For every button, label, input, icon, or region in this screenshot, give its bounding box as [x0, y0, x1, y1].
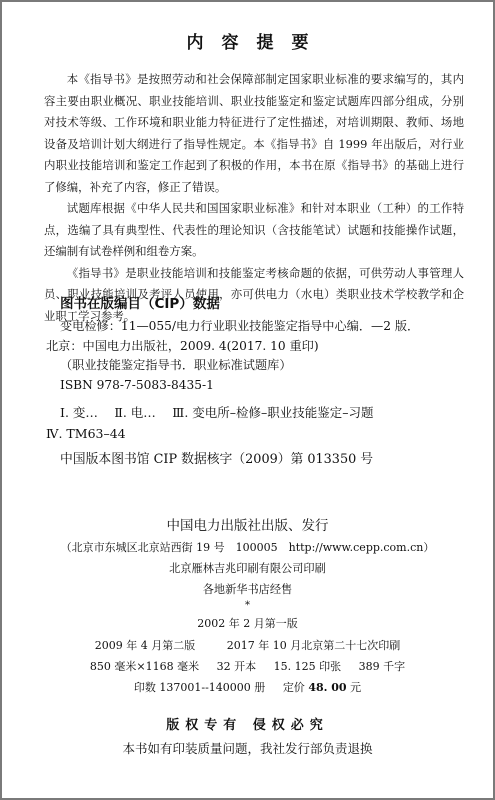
- edition-reprint-line: 2009 年 4 月第二版 2017 年 10 月北京第二十七次印刷: [2, 637, 493, 653]
- page-size: 850 毫米×1168 毫米: [90, 660, 199, 673]
- second-edition: 2009 年 4 月第二版: [95, 639, 195, 652]
- sheets: 15. 125 印张: [274, 660, 341, 673]
- price-unit: 元: [350, 681, 361, 694]
- specs-line: 850 毫米×1168 毫米 32 开本 15. 125 印张 389 千字: [2, 658, 493, 674]
- cip-line: 变电检修：11—055/电力行业职业技能鉴定指导中心编．—2 版．: [46, 317, 419, 337]
- cip-heading: 图书在版编目（CIP）数据: [60, 292, 220, 312]
- format: 32 开本: [217, 660, 257, 673]
- price-label: 定价: [283, 681, 305, 694]
- summary-paragraph: 本《指导书》是按照劳动和社会保障部制定国家职业标准的要求编写的，其内容主要由职业…: [44, 69, 464, 198]
- classification: Ⅰ. 变… Ⅱ. 电… Ⅲ. 变电所–检修–职业技能鉴定–习题 Ⅳ. TM63–…: [46, 402, 374, 444]
- classification-line: Ⅳ. TM63–44: [46, 423, 374, 444]
- classification-line: Ⅰ. 变… Ⅱ. 电… Ⅲ. 变电所–检修–职业技能鉴定–习题: [46, 402, 374, 423]
- separator-star: *: [2, 600, 493, 611]
- cip-record: 变电检修：11—055/电力行业职业技能鉴定指导中心编．—2 版． 北京：中国电…: [46, 317, 419, 395]
- publisher: 中国电力出版社出版、发行: [2, 514, 493, 534]
- summary-paragraph: 试题库根据《中华人民共和国国家职业标准》和针对本职业（工种）的工作特点，选编了具…: [44, 198, 464, 263]
- page-title: 内容提要: [2, 28, 493, 53]
- cip-line: （职业技能鉴定指导书．职业标准试题库）: [46, 356, 419, 376]
- publisher-address: （北京市东城区北京站西街 19 号 100005 http://www.cepp…: [2, 539, 493, 555]
- book-copyright-page: 内容提要 本《指导书》是按照劳动和社会保障部制定国家职业标准的要求编写的，其内容…: [0, 0, 495, 800]
- print-run: 印数 137001--140000 册: [134, 681, 265, 694]
- word-count: 389 千字: [359, 660, 406, 673]
- return-notice: 本书如有印装质量问题，我社发行部负责退换: [2, 739, 493, 757]
- printer: 北京雁林吉兆印刷有限公司印刷: [2, 560, 493, 576]
- rights-statement: 版权专有 侵权必究: [2, 714, 493, 733]
- print-run-line: 印数 137001--140000 册 定价 48. 00 元: [2, 679, 493, 695]
- content-summary: 本《指导书》是按照劳动和社会保障部制定国家职业标准的要求编写的，其内容主要由职业…: [44, 69, 464, 327]
- reprint-info: 2017 年 10 月北京第二十七次印刷: [227, 639, 400, 652]
- first-edition: 2002 年 2 月第一版: [2, 615, 493, 631]
- cip-number: 中国版本图书馆 CIP 数据核字（2009）第 013350 号: [60, 448, 373, 467]
- price-value: 48. 00: [308, 681, 346, 694]
- isbn: ISBN 978-7-5083-8435-1: [46, 376, 419, 396]
- cip-line: 北京：中国电力出版社，2009. 4(2017. 10 重印): [46, 337, 419, 357]
- distributor: 各地新华书店经售: [2, 581, 493, 597]
